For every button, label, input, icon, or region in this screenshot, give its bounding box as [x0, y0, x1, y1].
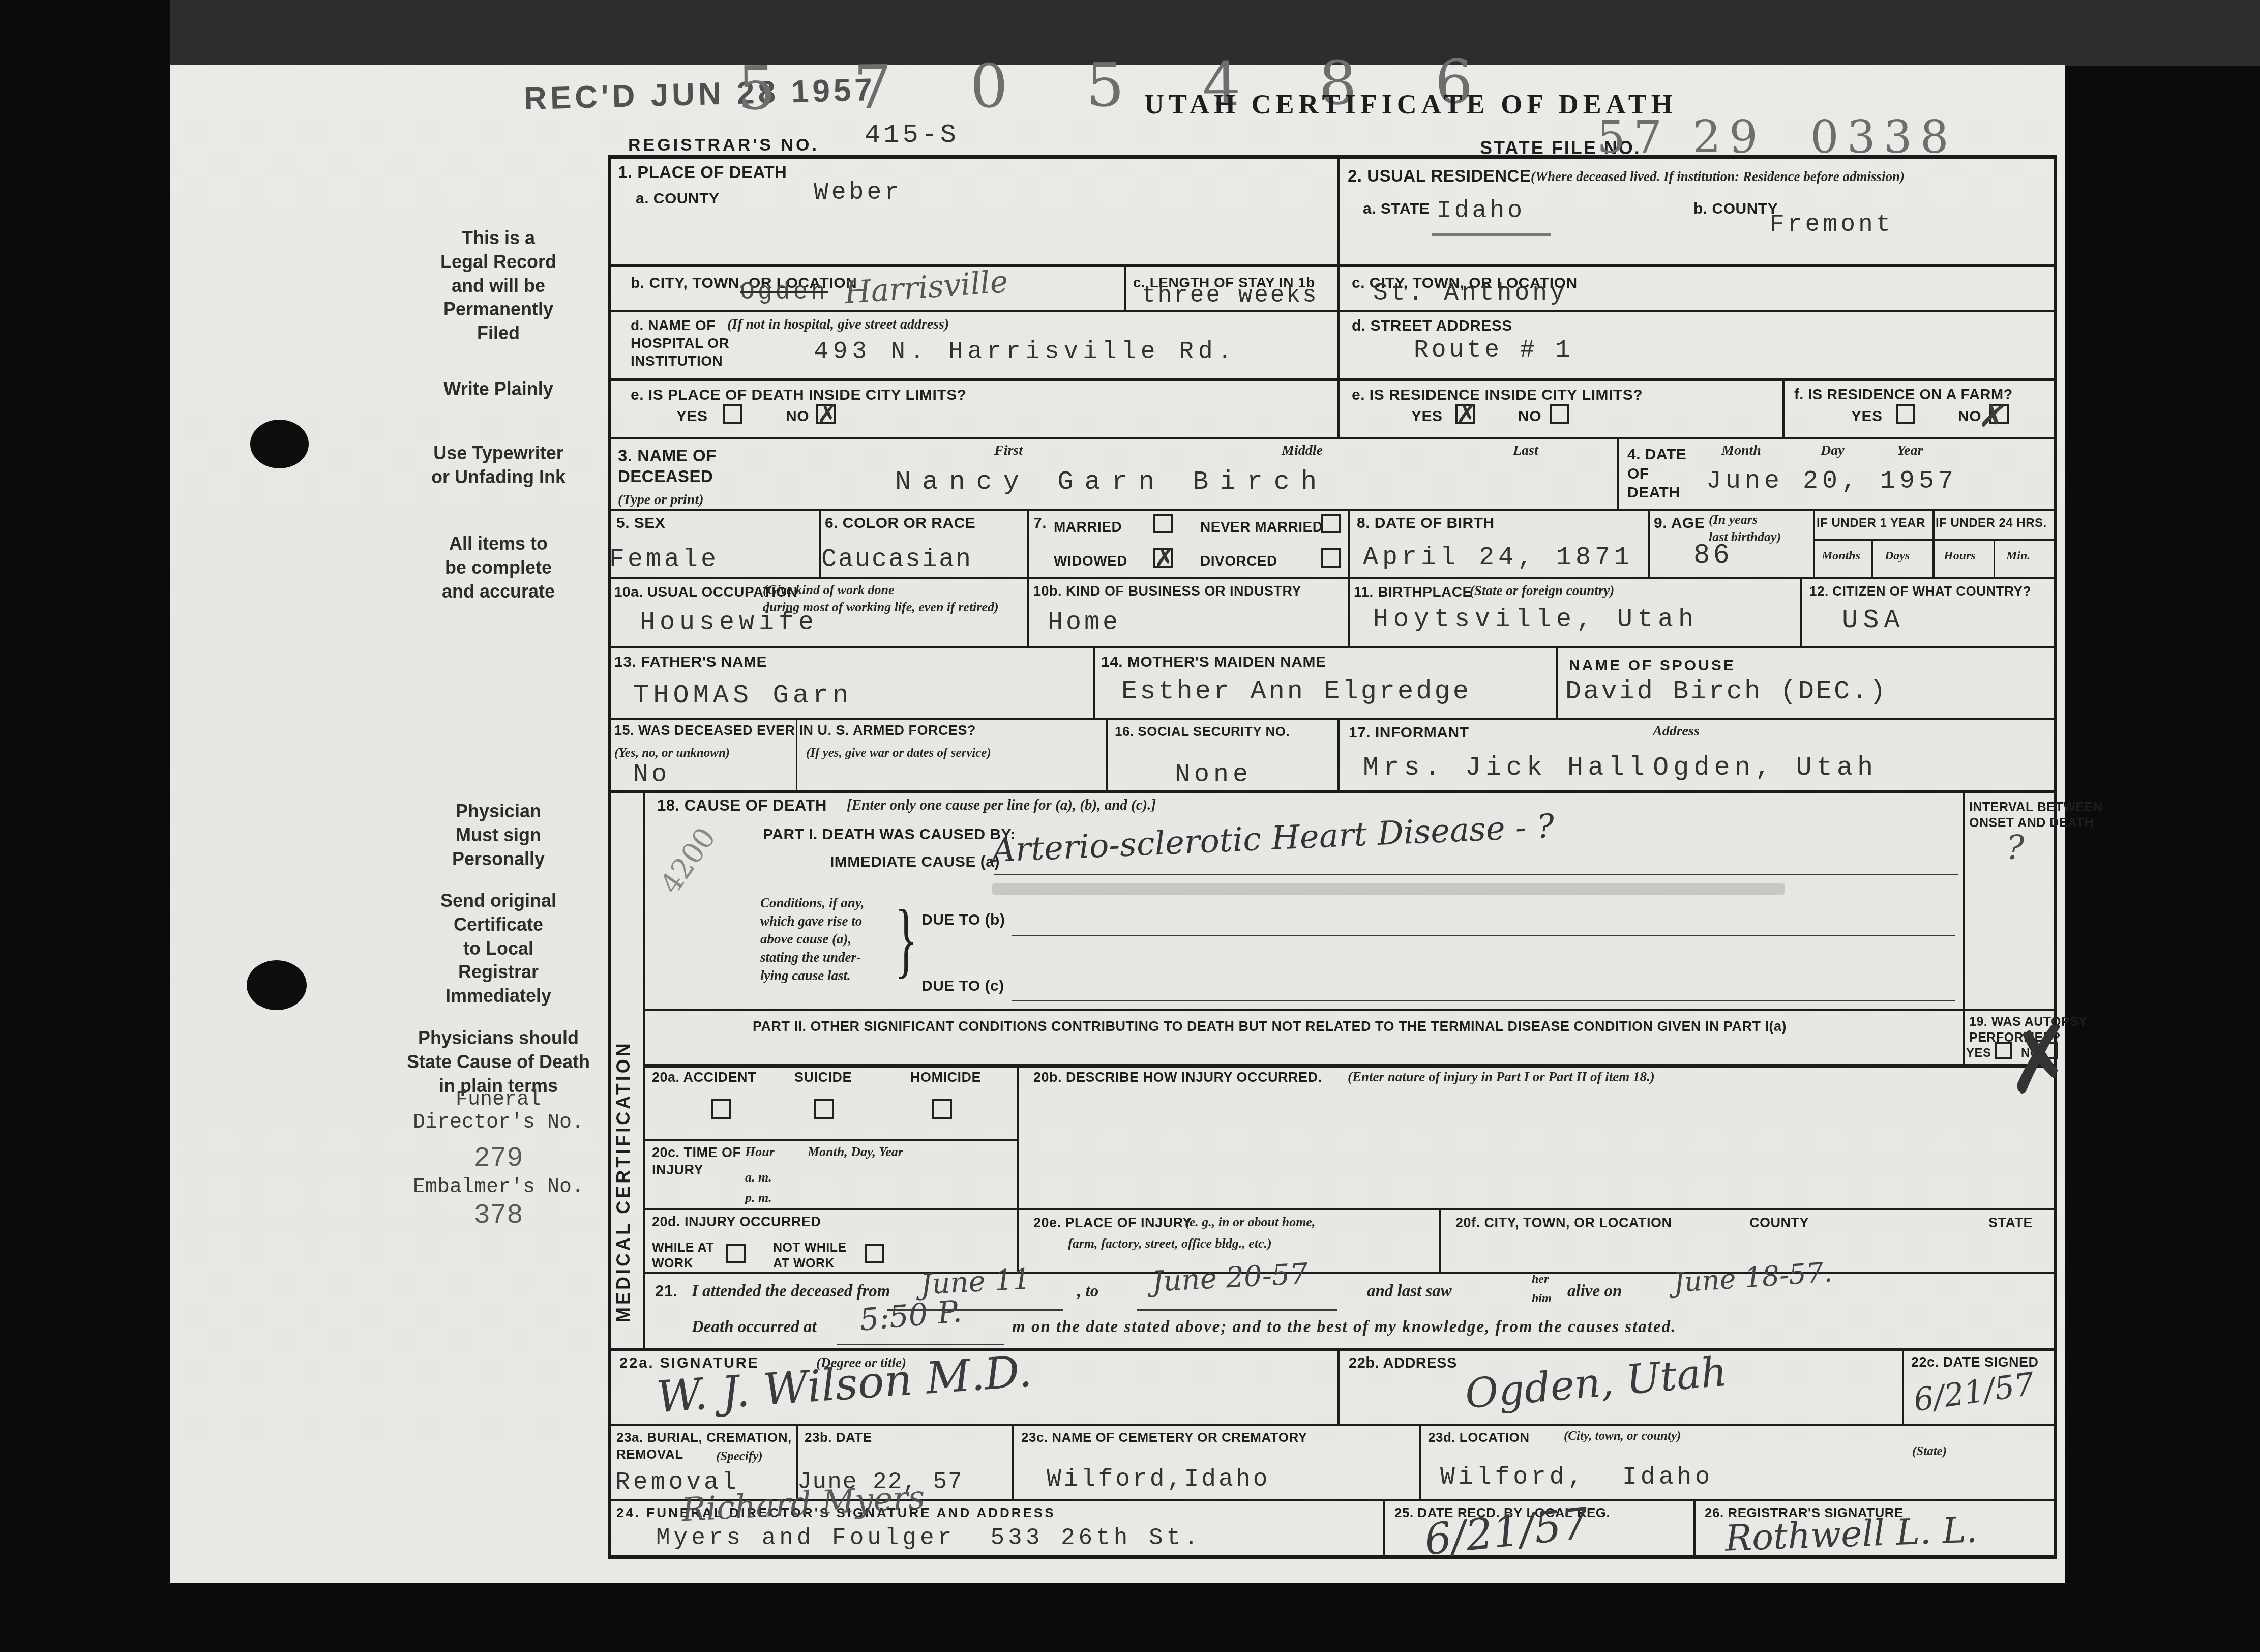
grid-line	[608, 1348, 2057, 1351]
grid-line	[643, 1139, 1017, 1141]
pm-label: p. m.	[745, 1189, 772, 1206]
grid-line	[643, 1064, 2057, 1068]
burial-location-state-hint: (State)	[1912, 1443, 1947, 1460]
homicide-checkbox	[932, 1099, 952, 1119]
widowed-checkbox	[1153, 548, 1173, 568]
death-city-limits-yes-checkbox	[723, 404, 742, 424]
age-label: 9. AGE	[1654, 514, 1705, 533]
residence-county-value: Fremont	[1770, 211, 1894, 239]
never-married-checkbox	[1321, 514, 1341, 533]
deceased-name-value: Nancy Garn Birch	[895, 467, 1328, 497]
cause-of-death-label: 18. CAUSE OF DEATH	[657, 796, 827, 816]
immediate-cause-label: IMMEDIATE CAUSE (a)	[830, 852, 1000, 872]
residence-farm-no-checkbox	[1989, 404, 2009, 424]
grid-line	[1017, 1064, 1019, 1272]
describe-injury-hint: (Enter nature of injury in Part I or Par…	[1348, 1068, 1655, 1086]
grid-line	[643, 1208, 2057, 1210]
residence-city-value: St. Anthony	[1373, 280, 1568, 307]
grid-line	[1124, 264, 1126, 310]
her-label: her	[1532, 1272, 1549, 1287]
registrar-no-label: REGISTRAR'S NO.	[628, 134, 819, 156]
residence-city-limits-yes-label: YES	[1411, 407, 1443, 426]
grid-line	[1648, 509, 1650, 577]
never-married-label: NEVER MARRIED	[1200, 518, 1323, 536]
injury-city-label: 20f. CITY, TOWN, OR LOCATION	[1455, 1215, 1672, 1232]
accident-label: 20a. ACCIDENT	[652, 1069, 756, 1086]
funeral-director-no-value: 279	[356, 1143, 641, 1174]
grid-line	[1556, 646, 1558, 718]
burial-location-hint: (City, town, or county)	[1564, 1428, 1681, 1445]
due-b-line	[1012, 935, 1955, 936]
grid-line	[608, 264, 2057, 267]
hours-label: Hours	[1944, 548, 1976, 564]
residence-farm-yes-label: YES	[1851, 407, 1883, 426]
informant-label: 17. INFORMANT	[1349, 723, 1469, 743]
residence-farm-label: f. IS RESIDENCE ON A FARM?	[1794, 386, 2013, 404]
signature-address-label: 22b. ADDRESS	[1349, 1354, 1457, 1372]
residence-city-limits-no-checkbox	[1550, 404, 1569, 424]
grid-line	[1337, 155, 1340, 437]
burial-location-value: Wilford, Idaho	[1440, 1464, 1713, 1491]
county-label: a. COUNTY	[636, 189, 720, 209]
hospital-hint: (If not in hospital, give street address…	[727, 315, 949, 334]
widowed-label: WIDOWED	[1054, 552, 1127, 570]
part2-label: PART II. OTHER SIGNIFICANT CONDITIONS CO…	[753, 1018, 1787, 1036]
business-industry-value: Home	[1048, 608, 1121, 637]
citizen-value: USA	[1842, 605, 1905, 635]
informant-address-value: Ogden, Utah	[1653, 753, 1878, 783]
type-or-print-hint: (Type or print)	[618, 491, 704, 509]
place-of-injury-hint1: (e. g., in or about home,	[1185, 1214, 1315, 1231]
part1-label: PART I. DEATH WAS CAUSED BY:	[763, 825, 1016, 844]
grid-line	[1871, 539, 1873, 577]
grid-line	[608, 509, 2057, 511]
autopsy-yes-label: YES	[1966, 1046, 1991, 1061]
grid-line	[608, 310, 2057, 312]
margin-note-physician-sign: Physician Must sign Personally	[356, 800, 641, 871]
grid-line	[608, 646, 2057, 648]
conditions-text: Conditions, if any, which gave rise to a…	[760, 894, 865, 985]
grid-line	[1994, 539, 1995, 577]
min-label: Min.	[2006, 548, 2030, 564]
grid-line	[1337, 1348, 1340, 1424]
grid-line	[608, 437, 2057, 439]
grid-line	[1337, 718, 1340, 790]
sex-label: 5. SEX	[616, 514, 665, 533]
color-race-value: Caucasian	[821, 545, 972, 574]
not-while-at-work-label: NOT WHILE AT WORK	[773, 1240, 847, 1272]
county-value: Weber	[814, 179, 902, 206]
interval-handwritten: ?	[2006, 828, 2024, 867]
him-label: him	[1532, 1291, 1552, 1307]
divorced-checkbox	[1321, 548, 1341, 568]
months-label: Months	[1822, 548, 1860, 564]
age-value: 86	[1693, 540, 1733, 571]
street-address-label: d. STREET ADDRESS	[1352, 316, 1512, 336]
date-of-death-value: June 20, 1957	[1706, 467, 1957, 496]
death-time-line	[837, 1344, 1004, 1345]
grid-line	[1813, 509, 1815, 577]
month-column-label: Month	[1721, 441, 1761, 460]
ssn-value: None	[1175, 760, 1252, 789]
grid-line	[608, 1424, 2057, 1426]
grid-line	[1782, 378, 1785, 437]
grid-line	[1106, 718, 1108, 790]
while-at-work-checkbox	[726, 1244, 746, 1263]
attended-text-2: , to	[1077, 1281, 1098, 1303]
burial-hint: (Specify)	[716, 1449, 763, 1465]
cause-line	[994, 874, 1958, 875]
margin-note-typewriter: Use Typewriter or Unfading Ink	[356, 441, 641, 489]
business-industry-label: 10b. KIND OF BUSINESS OR INDUSTRY	[1033, 583, 1301, 600]
grid-line	[1027, 509, 1029, 646]
grid-line	[1439, 1208, 1441, 1272]
attended-text-4: alive on	[1567, 1281, 1622, 1303]
margin-note-send-original: Send original Certificate to Local Regis…	[356, 889, 641, 1008]
suicide-label: SUICIDE	[794, 1069, 852, 1086]
margin-note-write-plainly: Write Plainly	[356, 377, 641, 401]
grid-line	[819, 509, 821, 577]
due-to-b-label: DUE TO (b)	[921, 910, 1005, 930]
street-address-value: Route # 1	[1414, 337, 1573, 364]
grid-line	[643, 1272, 2057, 1274]
birthplace-value: Hoytsville, Utah	[1373, 605, 1699, 634]
pencil-smudge	[992, 883, 1785, 895]
residence-county-label: b. COUNTY	[1693, 199, 1778, 219]
funeral-director-no-label: Funeral Director's No.	[356, 1088, 641, 1134]
death-city-limits-no-label: NO	[786, 407, 809, 426]
spouse-label: NAME OF SPOUSE	[1569, 656, 1736, 675]
married-checkbox	[1153, 514, 1173, 533]
accident-checkbox	[711, 1099, 731, 1119]
injury-occurred-label: 20d. INJURY OCCURRED	[652, 1214, 821, 1231]
spouse-value: David Birch (DEC.)	[1565, 676, 1888, 706]
usual-residence-hint: (Where deceased lived. If institution: R…	[1531, 168, 1905, 186]
father-name-label: 13. FATHER'S NAME	[614, 653, 767, 672]
punch-hole-bottom	[247, 960, 307, 1010]
last-column-label: Last	[1513, 441, 1538, 460]
conditions-brace: }	[895, 891, 917, 988]
grid-line	[1813, 539, 2057, 541]
residence-city-limits-no-label: NO	[1518, 407, 1541, 426]
place-of-injury-label: 20e. PLACE OF INJURY	[1033, 1215, 1192, 1232]
year-column-label: Year	[1897, 441, 1923, 460]
grid-line	[1348, 509, 1350, 646]
embalmer-no-label: Embalmer's No.	[356, 1176, 641, 1199]
grid-line	[643, 1009, 2057, 1011]
usual-residence-label: 2. USUAL RESIDENCE	[1348, 165, 1531, 186]
date-of-birth-label: 8. DATE OF BIRTH	[1357, 514, 1495, 533]
occupation-value: Housewife	[640, 608, 818, 637]
date-of-birth-value: April 24, 1871	[1363, 543, 1633, 572]
death-city-limits-no-checkbox	[816, 404, 836, 424]
not-while-at-work-checkbox	[865, 1244, 884, 1263]
grid-line	[1012, 1424, 1014, 1499]
funeral-director-typed: Myers and Foulger 533 26th St.	[656, 1525, 1202, 1551]
residence-city-limits-yes-checkbox	[1455, 404, 1475, 424]
registrar-no-value: 415-S	[865, 120, 959, 150]
punch-hole-top	[250, 420, 309, 468]
embalmer-no-value: 378	[356, 1200, 641, 1231]
registrar-signature: Rothwell L. L.	[1724, 1509, 1978, 1559]
mother-name-label: 14. MOTHER'S MAIDEN NAME	[1101, 653, 1326, 672]
grid-line	[608, 378, 2057, 381]
grid-line	[1383, 1499, 1385, 1555]
grid-line	[1932, 509, 1935, 577]
attended-to-line	[1137, 1309, 1337, 1311]
informant-address-label: Address	[1653, 722, 1700, 741]
armed-forces-hint2: (If yes, give war or dates of service)	[806, 745, 991, 762]
father-name-value: THOMAS Garn	[633, 681, 852, 711]
name-of-deceased-label: 3. NAME OF DECEASED	[618, 445, 717, 487]
cause-of-death-hint: [Enter only one cause per line for (a), …	[847, 796, 1156, 815]
grid-line	[608, 790, 2057, 793]
grid-line	[1419, 1424, 1421, 1499]
suicide-checkbox	[814, 1099, 834, 1119]
married-label: MARRIED	[1054, 518, 1122, 536]
injury-county-label: COUNTY	[1749, 1215, 1809, 1232]
autopsy-no-handwritten-x: ✗	[1998, 1013, 2082, 1108]
attended-num: 21.	[655, 1282, 678, 1302]
margin-note-complete-accurate: All items to be complete and accurate	[356, 532, 641, 603]
divorced-label: DIVORCED	[1200, 552, 1277, 570]
death-city-limits-yes-label: YES	[676, 407, 708, 426]
grid-line	[608, 718, 2057, 720]
grid-line	[1902, 1348, 1904, 1424]
ssn-label: 16. SOCIAL SECURITY NO.	[1115, 723, 1290, 740]
death-occurred-text: Death occurred at	[692, 1316, 817, 1338]
marital-num-label: 7.	[1033, 514, 1047, 533]
hour-label: Hour	[745, 1143, 775, 1161]
length-of-stay-value: three weeks	[1142, 282, 1319, 309]
death-occurred-text-2: m on the date stated above; and to the b…	[1012, 1316, 1676, 1338]
grid-line	[1963, 790, 1965, 1064]
color-race-label: 6. COLOR OR RACE	[825, 514, 975, 533]
interval-label: INTERVAL BETWEEN ONSET AND DEATH	[1969, 800, 2102, 832]
burial-label: 23a. BURIAL, CREMATION, REMOVAL	[616, 1429, 792, 1462]
grid-line	[1617, 437, 1619, 509]
scanned-death-certificate: { "header": { "received_stamp": "REC'D J…	[0, 0, 2260, 1652]
middle-column-label: Middle	[1282, 441, 1323, 460]
residence-farm-yes-checkbox	[1896, 404, 1915, 424]
due-c-line	[1012, 1000, 1955, 1001]
birthplace-label: 11. BIRTHPLACE	[1354, 583, 1472, 601]
attended-text-1: I attended the deceased from	[692, 1281, 890, 1303]
grid-line	[1693, 1499, 1696, 1555]
armed-forces-hint1: (Yes, no, or unknown)	[614, 745, 730, 762]
residence-state-value: Idaho	[1437, 197, 1525, 225]
sex-value: Female	[609, 545, 719, 574]
grid-line	[1093, 646, 1095, 718]
days-label: Days	[1885, 548, 1910, 564]
armed-forces-label: 15. WAS DECEASED EVER IN U. S. ARMED FOR…	[614, 722, 976, 740]
death-city-limits-label: e. IS PLACE OF DEATH INSIDE CITY LIMITS?	[631, 386, 967, 405]
place-of-death-label: 1. PLACE OF DEATH	[618, 162, 787, 183]
residence-state-label: a. STATE	[1363, 199, 1430, 219]
residence-city-limits-label: e. IS RESIDENCE INSIDE CITY LIMITS?	[1352, 386, 1643, 405]
armed-forces-value: No	[633, 760, 670, 789]
informant-value: Mrs. Jick Hall	[1363, 753, 1649, 783]
homicide-label: HOMICIDE	[910, 1069, 981, 1086]
pencil-underline	[1432, 233, 1551, 236]
margin-note-legal-record: This is a Legal Record and will be Perma…	[356, 226, 641, 345]
burial-date-label: 23b. DATE	[805, 1429, 872, 1446]
am-label: a. m.	[745, 1169, 772, 1186]
medical-certification-vertical-label: MEDICAL CERTIFICATION	[613, 865, 634, 1322]
injury-state-label: STATE	[1988, 1215, 2033, 1232]
due-to-c-label: DUE TO (c)	[921, 977, 1004, 996]
cemetery-value: Wilford,Idaho	[1047, 1466, 1270, 1493]
cemetery-label: 23c. NAME OF CEMETERY OR CREMATORY	[1021, 1429, 1307, 1446]
birthplace-hint: (State or foreign country)	[1470, 582, 1614, 600]
place-of-injury-hint2: farm, factory, street, office bldg., etc…	[1068, 1235, 1272, 1252]
hospital-value: 493 N. Harrisville Rd.	[814, 338, 1237, 366]
burial-location-label: 23d. LOCATION	[1428, 1429, 1530, 1446]
grid-line	[1800, 577, 1802, 646]
grid-line	[608, 577, 2057, 579]
grid-line	[643, 790, 645, 1348]
mother-name-value: Esther Ann Elgredge	[1121, 676, 1471, 706]
city-struck-value: Ogden	[740, 279, 828, 306]
date-of-death-label: 4. DATE OF DEATH	[1627, 445, 1686, 503]
day-column-label: Day	[1821, 441, 1845, 460]
month-day-year-label: Month, Day, Year	[808, 1143, 903, 1161]
citizen-label: 12. CITIZEN OF WHAT COUNTRY?	[1809, 583, 2031, 600]
hospital-label: d. NAME OF HOSPITAL OR INSTITUTION	[631, 316, 729, 370]
describe-injury-label: 20b. DESCRIBE HOW INJURY OCCURRED.	[1033, 1069, 1322, 1086]
under-24-hrs-label: IF UNDER 24 HRS.	[1936, 516, 2047, 531]
while-at-work-label: WHILE AT WORK	[652, 1240, 714, 1272]
attended-text-3: and last saw	[1367, 1281, 1452, 1303]
under-1-year-label: IF UNDER 1 YEAR	[1817, 516, 1925, 531]
first-column-label: First	[994, 441, 1023, 460]
time-of-injury-label: 20c. TIME OF INJURY	[652, 1144, 741, 1179]
